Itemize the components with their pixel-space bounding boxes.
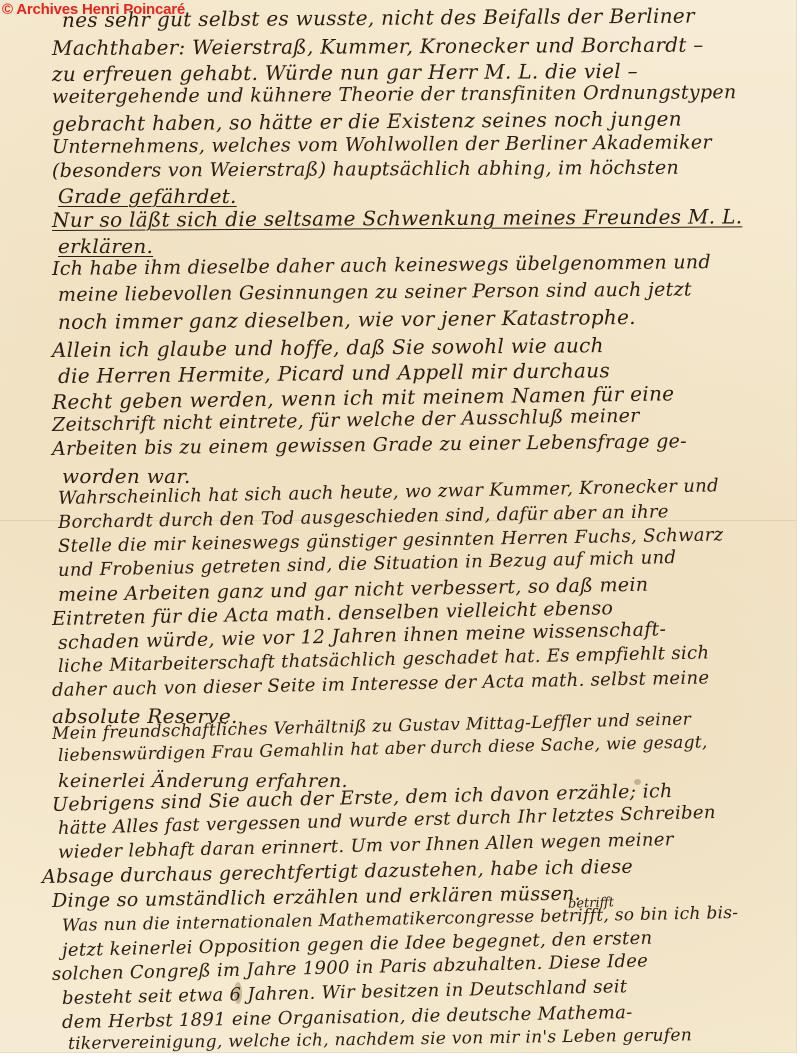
letter-line: Allein ich glaube und hoffe, daß Sie sow…	[52, 333, 604, 362]
letter-line: weitergehende und kühnere Theorie der tr…	[52, 81, 737, 108]
letter-line: Machthaber: Weierstraß, Kummer, Kronecke…	[52, 33, 704, 60]
copyright-watermark: © Archives Henri Poincaré	[2, 1, 185, 18]
letter-line: Grade gefährdet.	[58, 184, 237, 208]
letter-line: meine liebevollen Gesinnungen zu seiner …	[58, 278, 692, 306]
letter-line: noch immer ganz dieselben, wie vor jener…	[58, 305, 636, 334]
letter-line: Arbeiten bis zu einem gewissen Grade zu …	[52, 430, 687, 460]
letter-line: worden war.	[62, 464, 191, 488]
letter-line: erklären.	[58, 234, 153, 258]
letter-line: Nur so läßt sich die seltsame Schwenkung…	[52, 204, 742, 232]
letter-line: Unternehmens, welches vom Wohlwollen der…	[52, 131, 712, 158]
letter-line: (besonders von Weierstraß) hauptsächlich…	[52, 157, 679, 182]
handwritten-text: nes sehr gut selbst es wusste, nicht des…	[0, 0, 800, 1058]
